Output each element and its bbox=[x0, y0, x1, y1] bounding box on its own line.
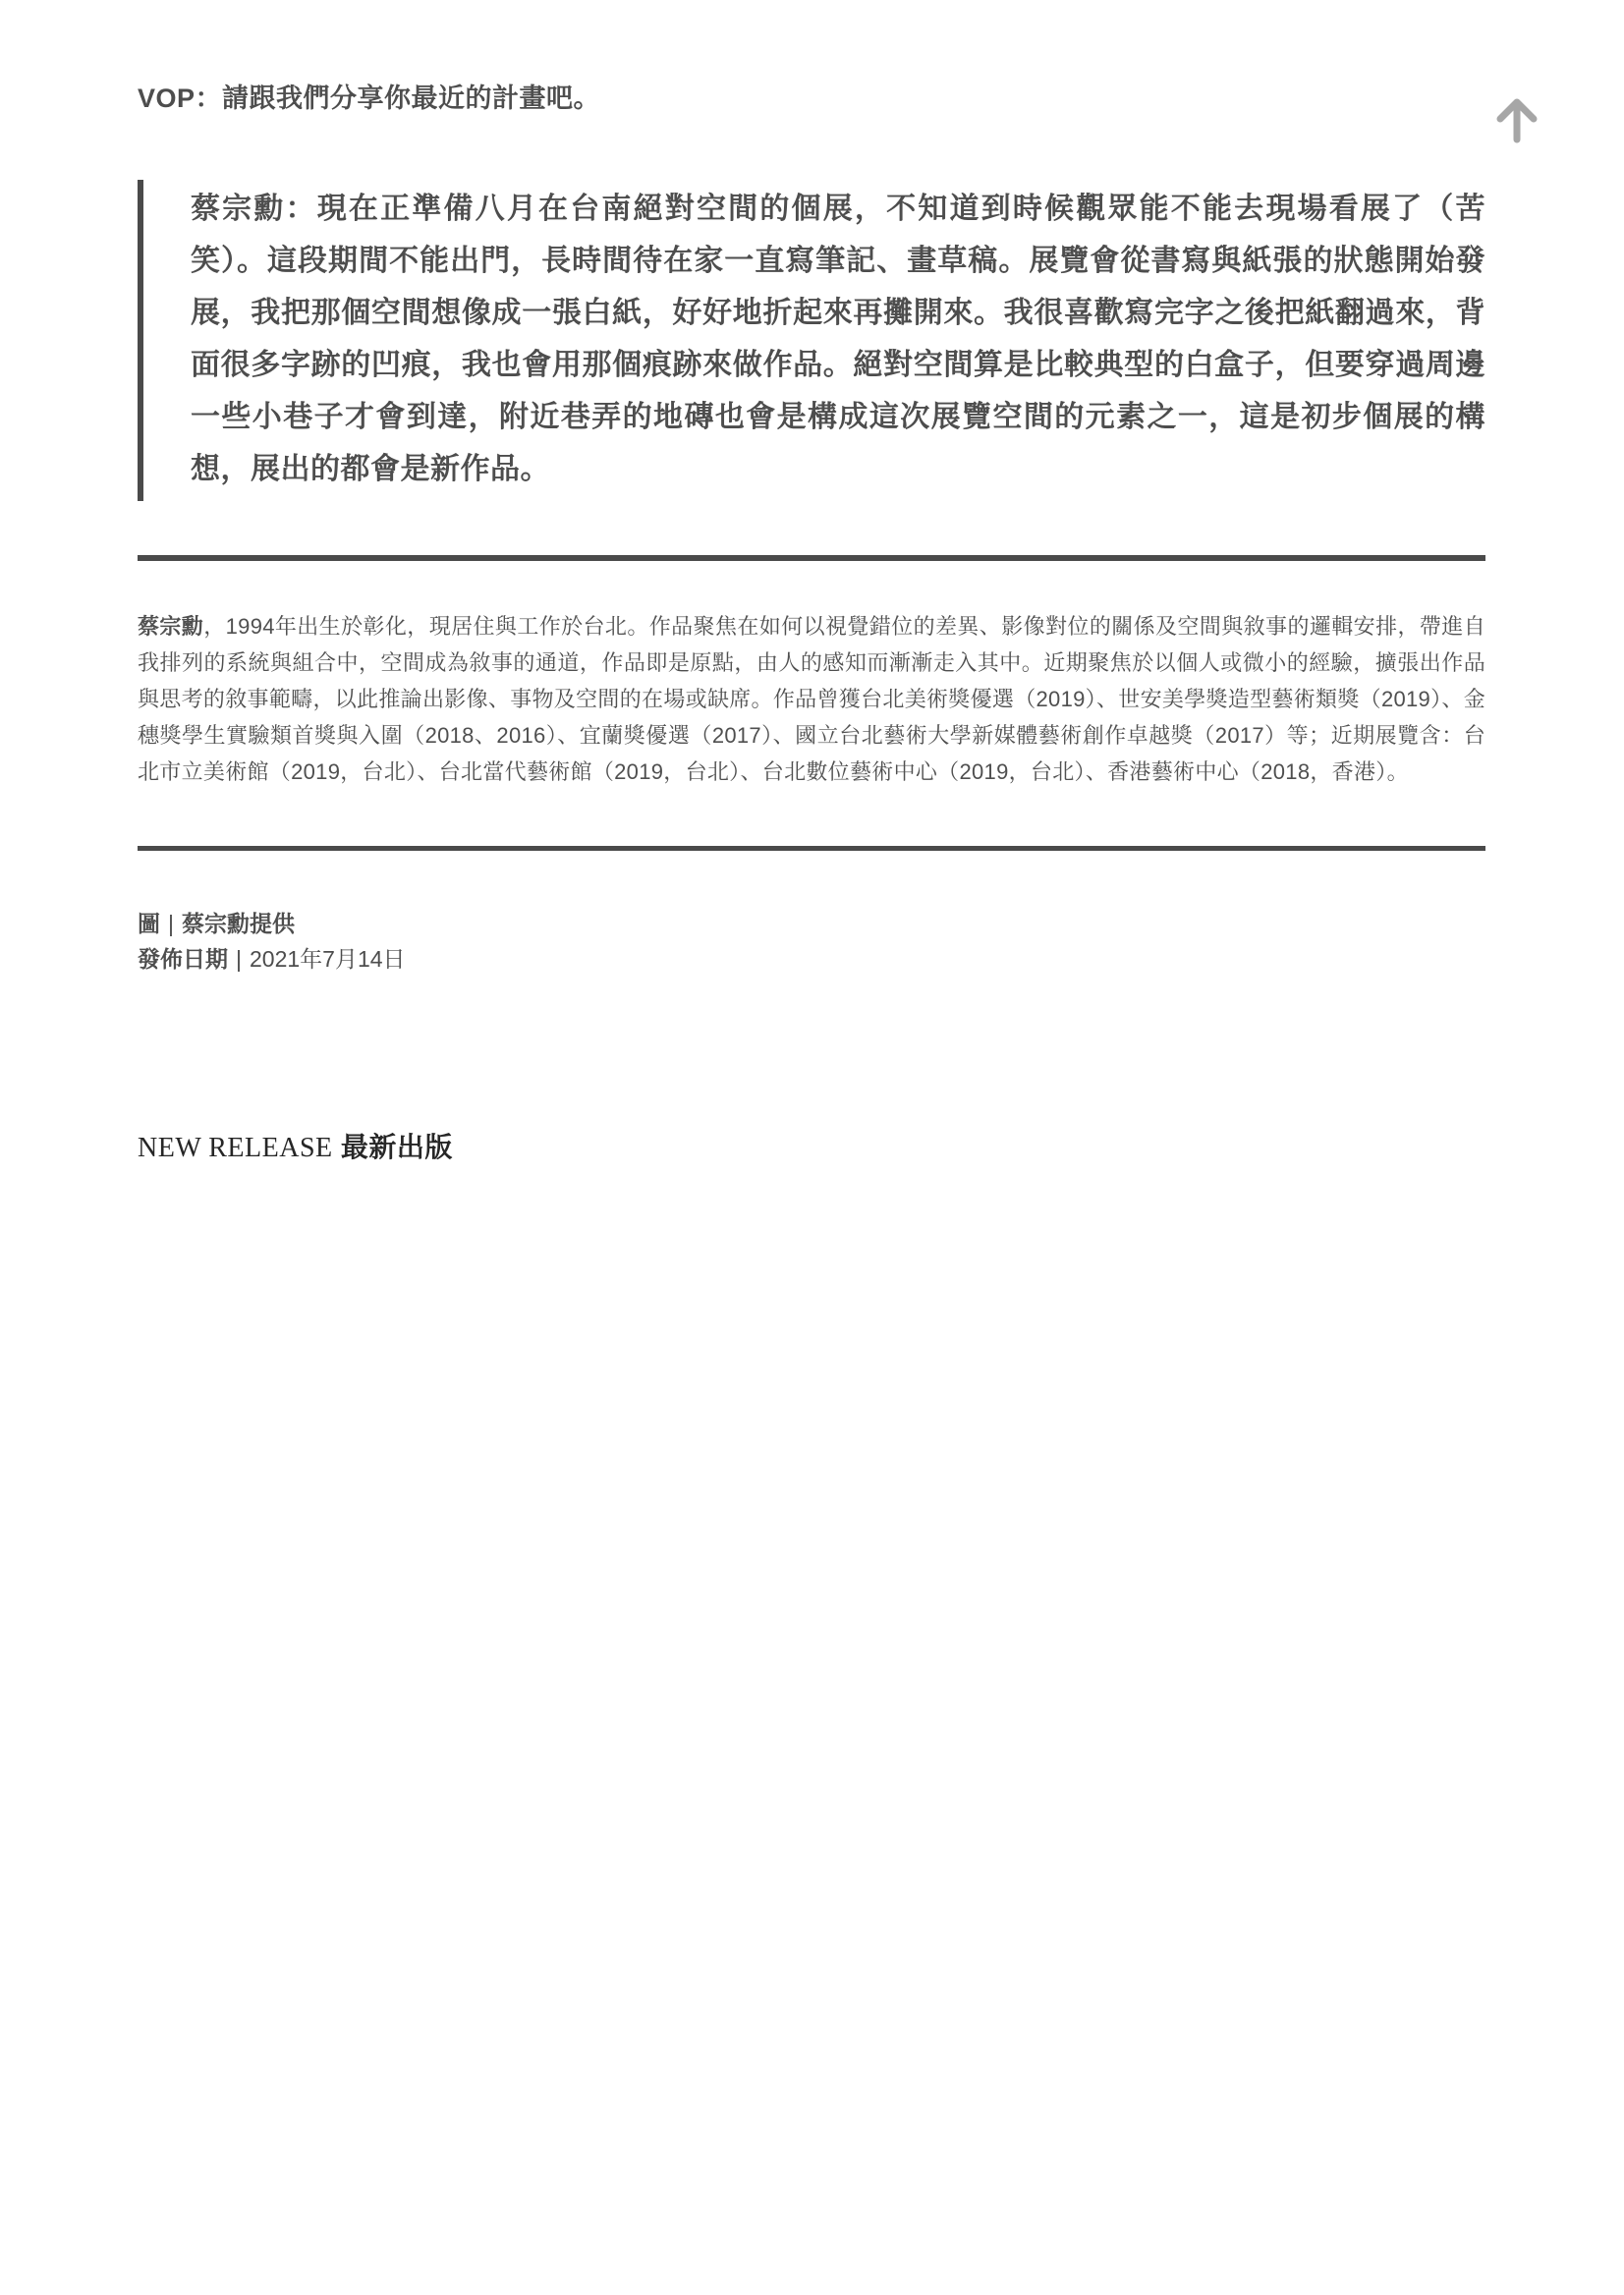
interview-question: VOP：請跟我們分享你最近的計畫吧。 bbox=[138, 83, 1485, 115]
credit-separator: | bbox=[160, 911, 182, 936]
publish-date-line: 發佈日期|2021年7月14日 bbox=[138, 941, 1485, 977]
publish-date-value: 2021年7月14日 bbox=[250, 946, 406, 972]
image-credit-label: 圖 bbox=[138, 911, 160, 936]
back-to-top-button[interactable] bbox=[1493, 94, 1540, 145]
article-page: { "page": { "background": "#ffffff", "te… bbox=[0, 0, 1624, 2295]
interview-answer-quote: 蔡宗勳：現在正準備八月在台南絕對空間的個展，不知道到時候觀眾能不能去現場看展了（… bbox=[138, 180, 1485, 501]
divider-bottom bbox=[138, 846, 1485, 851]
image-credit-line: 圖|蔡宗勳提供 bbox=[138, 906, 1485, 941]
artist-bio: 蔡宗勳，1994年出生於彰化，現居住與工作於台北。作品聚焦在如何以視覺錯位的差異… bbox=[138, 608, 1485, 790]
image-credit-value: 蔡宗勳提供 bbox=[182, 911, 295, 936]
credits-block: 圖|蔡宗勳提供 發佈日期|2021年7月14日 bbox=[138, 906, 1485, 977]
artist-bio-text: ，1994年出生於彰化，現居住與工作於台北。作品聚焦在如何以視覺錯位的差異、影像… bbox=[138, 614, 1485, 784]
arrow-up-icon bbox=[1493, 94, 1540, 145]
article-content: VOP：請跟我們分享你最近的計畫吧。 蔡宗勳：現在正準備八月在台南絕對空間的個展… bbox=[138, 0, 1485, 1165]
publish-date-label: 發佈日期 bbox=[138, 946, 228, 972]
credit-separator: | bbox=[228, 946, 250, 972]
section-title-chinese: 最新出版 bbox=[341, 1132, 453, 1162]
artist-name: 蔡宗勳 bbox=[138, 614, 203, 639]
section-heading-new-release: NEW RELEASE 最新出版 bbox=[138, 1126, 1485, 1165]
divider-top bbox=[138, 555, 1485, 561]
section-title-english: NEW RELEASE bbox=[138, 1133, 333, 1163]
